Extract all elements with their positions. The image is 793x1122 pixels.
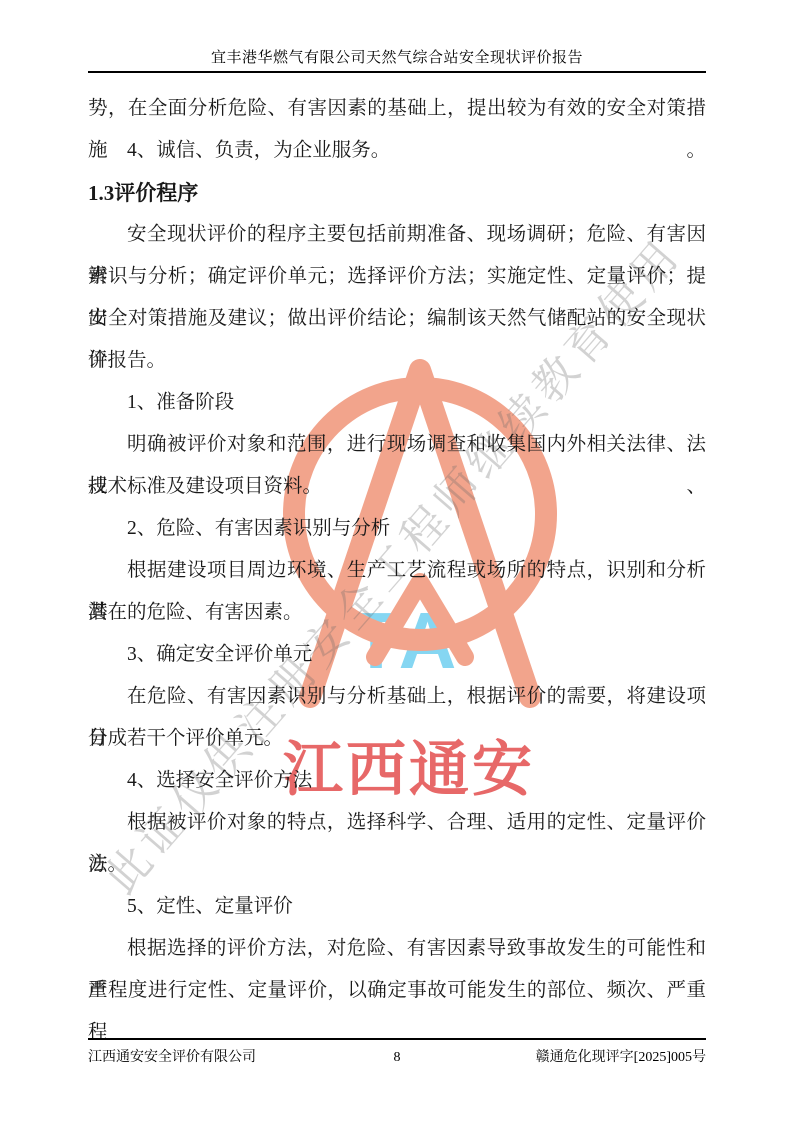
body-line: 安全对策措施及建议；做出评价结论；编制该天然气储配站的安全现状评 [88, 298, 706, 340]
body-line: 2、危险、有害因素识别与分析 [88, 508, 706, 550]
body-line: 根据建设项目周边环境、生产工艺流程或场所的特点，识别和分析其 [88, 550, 706, 592]
body-line: 根据被评价对象的特点，选择科学、合理、适用的定性、定量评价方 [88, 802, 706, 844]
footer-company: 江西通安安全评价有限公司 [88, 1046, 367, 1066]
body-line: 根据选择的评价方法，对危险、有害因素导致事故发生的可能性和严 [88, 928, 706, 970]
body-line: 价报告。 [88, 340, 706, 382]
body-line: 明确被评价对象和范围，进行现场调查和收集国内外相关法律、法规、 [88, 424, 706, 466]
body-line: 安全现状评价的程序主要包括前期准备、现场调研；危险、有害因素 [88, 214, 706, 256]
body-line: 法。 [88, 844, 706, 886]
document-page: TA 此证仅供注册安全工程师继续教育使用 江西通安 宜丰港华燃气有限公司天然气综… [0, 0, 793, 1122]
footer-doc-number: 赣通危化现评字[2025]005号 [427, 1046, 706, 1066]
body-line: 5、定性、定量评价 [88, 886, 706, 928]
body-line: 3、确定安全评价单元 [88, 634, 706, 676]
body-line: 1、准备阶段 [88, 382, 706, 424]
body-line: 潜在的危险、有害因素。 [88, 592, 706, 634]
page-header-title: 宜丰港华燃气有限公司天然气综合站安全现状评价报告 [88, 46, 706, 67]
body-line: 在危险、有害因素识别与分析基础上，根据评价的需要，将建设项目 [88, 676, 706, 718]
body-line: 辨识与分析；确定评价单元；选择评价方法；实施定性、定量评价；提出 [88, 256, 706, 298]
body-line: 4、选择安全评价方法 [88, 760, 706, 802]
footer-page-number: 8 [367, 1050, 427, 1066]
header-divider [88, 71, 706, 73]
body-line: 重程度进行定性、定量评价，以确定事故可能发生的部位、频次、严重程 [88, 970, 706, 1012]
body-line: 势，在全面分析危险、有害因素的基础上，提出较为有效的安全对策措施。 [88, 88, 706, 130]
body-line: 分成若干个评价单元。 [88, 718, 706, 760]
page-footer: 江西通安安全评价有限公司 8 赣通危化现评字[2025]005号 [88, 1046, 706, 1066]
section-heading: 1.3评价程序 [88, 172, 706, 214]
document-body: 势，在全面分析危险、有害因素的基础上，提出较为有效的安全对策措施。 4、诚信、负… [88, 88, 706, 1012]
footer-divider [88, 1038, 706, 1040]
